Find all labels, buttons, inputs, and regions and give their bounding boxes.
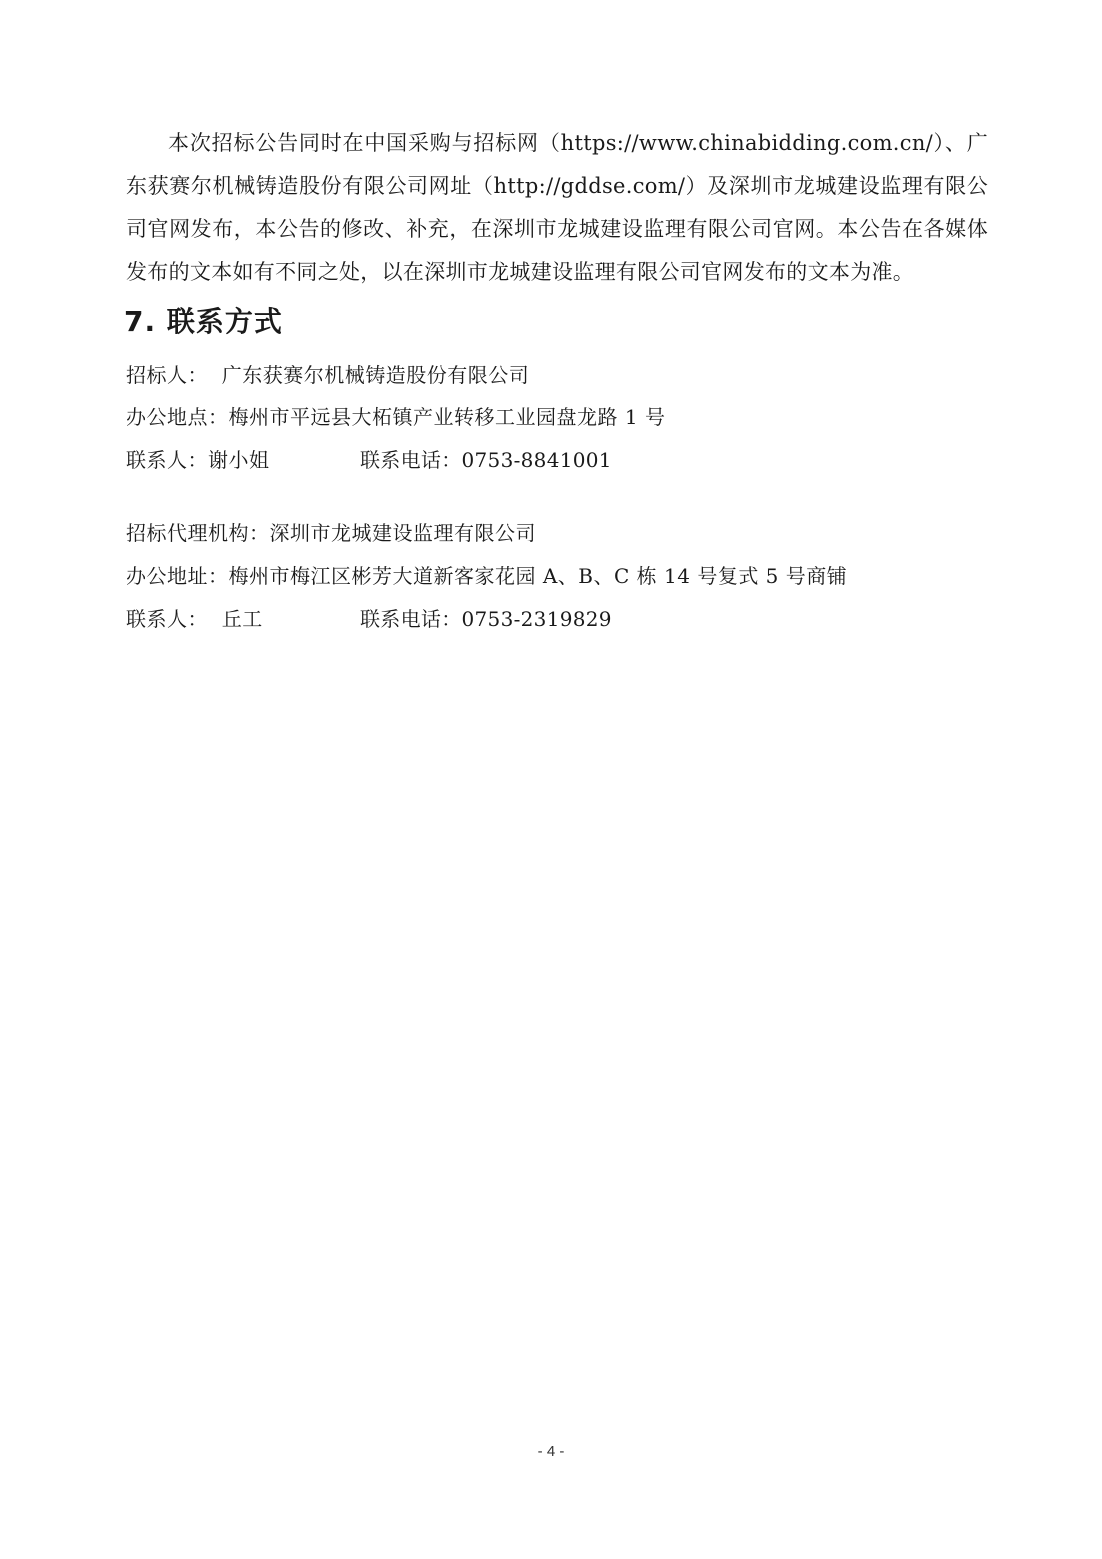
page-number: - 4 - bbox=[0, 1443, 1102, 1460]
section-heading-contact: 7. 联系方式 bbox=[124, 302, 283, 342]
agency-address: 办公地址：梅州市梅江区彬芳大道新客家花园 A、B、C 栋 14 号复式 5 号商… bbox=[126, 562, 847, 590]
tenderer-phone: 联系电话：0753-8841001 bbox=[360, 446, 612, 474]
tenderer-contact-person: 联系人：谢小姐 bbox=[126, 446, 270, 474]
tenderer-name: 招标人： 广东获赛尔机械铸造股份有限公司 bbox=[126, 361, 529, 389]
tenderer-address: 办公地点：梅州市平远县大柘镇产业转移工业园盘龙路 1 号 bbox=[126, 403, 665, 431]
agency-name: 招标代理机构：深圳市龙城建设监理有限公司 bbox=[126, 519, 536, 547]
agency-contact-person: 联系人： 丘工 bbox=[126, 605, 263, 633]
agency-phone: 联系电话：0753-2319829 bbox=[360, 605, 612, 633]
publication-notice-paragraph: 本次招标公告同时在中国采购与招标网（https://www.chinabiddi… bbox=[126, 122, 988, 294]
document-page: 本次招标公告同时在中国采购与招标网（https://www.chinabiddi… bbox=[0, 0, 1102, 1559]
